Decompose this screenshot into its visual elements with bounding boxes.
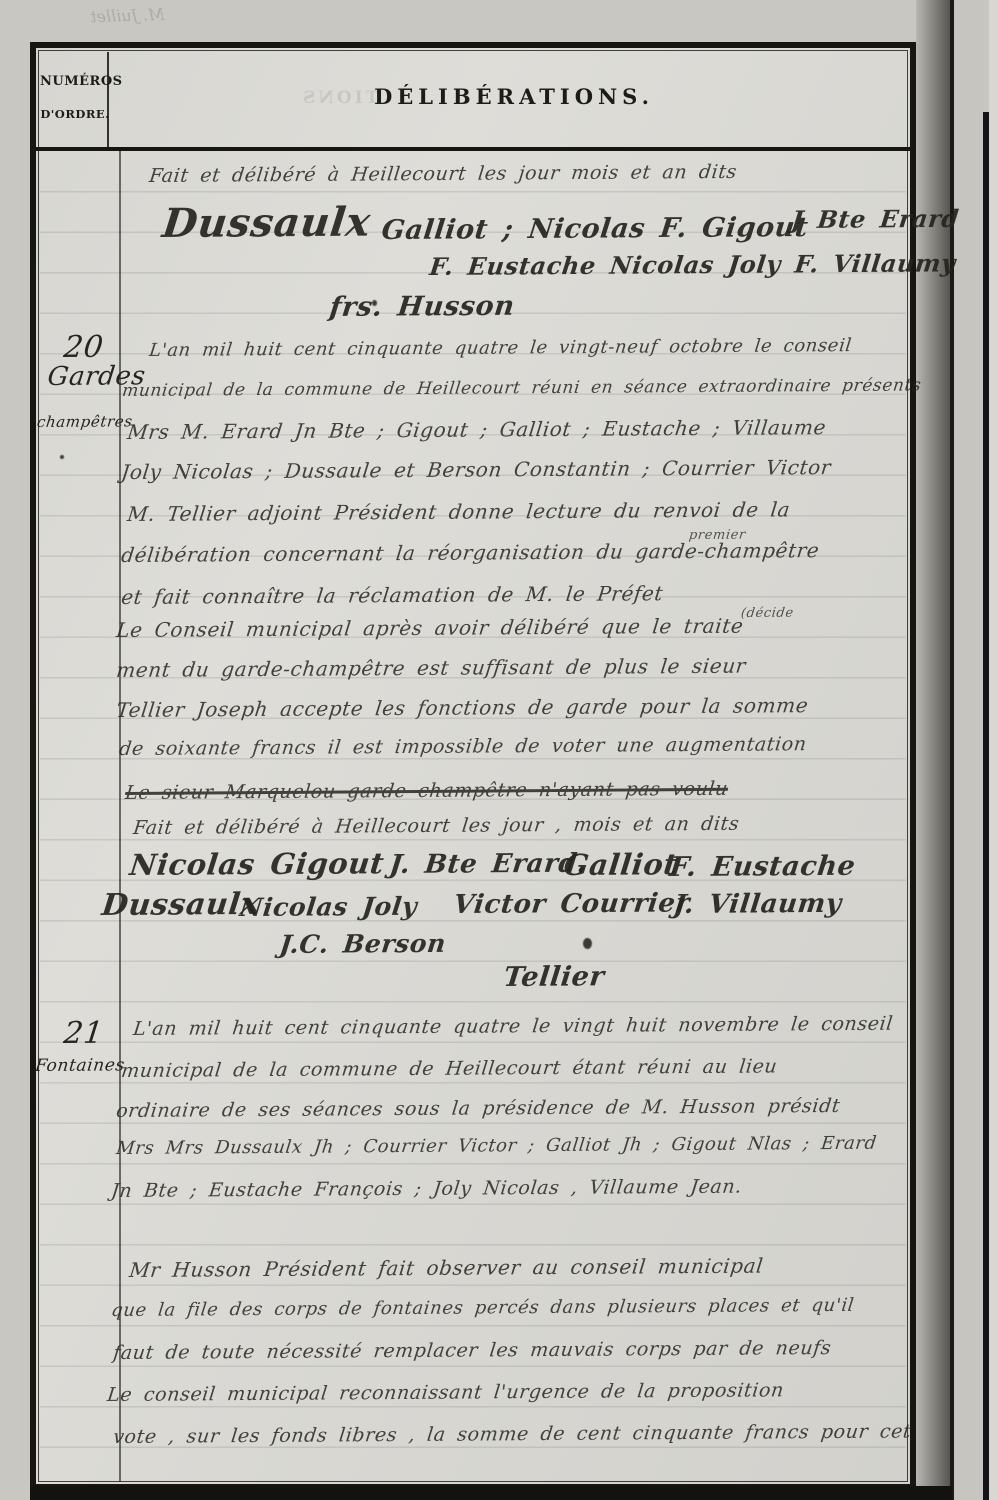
signature-joly: Nicolas Joly [238,892,419,922]
entry21-margin-label: Fontaines [34,1055,126,1076]
signature-erard: J Bte Erard [790,204,961,234]
entry20-line: Le Conseil municipal après avoir délibér… [115,614,745,642]
signature-eustache: F. Eustache [668,851,857,883]
entry21-number: 21 [62,1016,105,1051]
entry20-line: ment du garde-champêtre est suffisant de… [115,654,747,682]
facing-page-paper [989,0,998,1500]
entry21-line: municipal de la commune de Heillecourt é… [120,1055,779,1082]
header-separator [36,147,910,151]
entry20-line: Tellier Joseph accepte les fonctions de … [115,693,810,722]
signature-husson: frs. Husson [328,291,516,323]
signature-galliot: Galliot [562,847,680,882]
entry20-number: 20 [62,330,105,365]
bottom-scan-edge [30,1486,952,1500]
between-pages-strip [954,0,984,1500]
margin-column-divider [119,151,121,1482]
column-header-numeros: NUMÉROS [40,74,110,89]
signature-dussaulx: Dussaulx [160,199,373,247]
ink-blot [60,455,64,459]
intro-closing-line: Fait et délibéré à Heillecourt les jour … [148,161,738,187]
signature-gigout: Nicolas Gigout [128,846,386,882]
signature-eustache-joly-villaumy: F. Eustache Nicolas Joly F. Villaumy [428,248,958,281]
signature-galliot-gigout: Galliot ; Nicolas F. Gigout [380,212,810,246]
header-column-divider [107,52,109,148]
entry20-inserted-word-premier: premier [688,528,747,543]
entry20-margin-label-2: champêtres [36,412,134,431]
entry20-struck-line: Le sieur Marquelou garde champêtre n'aya… [124,778,729,804]
bleedthrough-top-text: M. Juillet [90,5,165,27]
entry20-inserted-word-decide: (décide [740,606,795,621]
ink-blot [372,300,377,306]
entry21-line: Jn Bte ; Eustache François ; Joly Nicola… [110,1176,743,1202]
ink-blot [583,938,592,949]
signature-berson: J.C. Berson [278,929,448,959]
entry20-line: et fait connaître la réclamation de M. l… [120,581,665,609]
column-header-ordre: D'ORDRE. [40,107,110,121]
signature-courrier: Victor Courrier [452,888,692,920]
signature-tellier: Tellier [502,961,606,993]
entry20-line: M. Tellier adjoint Président donne lectu… [126,497,792,526]
signature-villaumy: J. Villaumy [672,889,843,920]
entry20-line: Mrs M. Erard Jn Bte ; Gigout ; Galliot ;… [126,415,827,444]
scanned-register-page: M. Juillet TIONS NUMÉROS D'ORDRE. DÉLIBÉ… [0,0,998,1500]
signature-erard: J. Bte Erard. [388,849,589,880]
entry20-closing-line: Fait et délibéré à Heillecourt les jour … [132,813,741,839]
page-title: DÉLIBÉRATIONS. [118,84,910,109]
signature-dussaulx: Dussaulx [100,887,261,923]
entry20-line: Joly Nicolas ; Dussaule et Berson Consta… [120,455,832,484]
entry21-para-line: Mr Husson Président fait observer au con… [128,1254,765,1282]
